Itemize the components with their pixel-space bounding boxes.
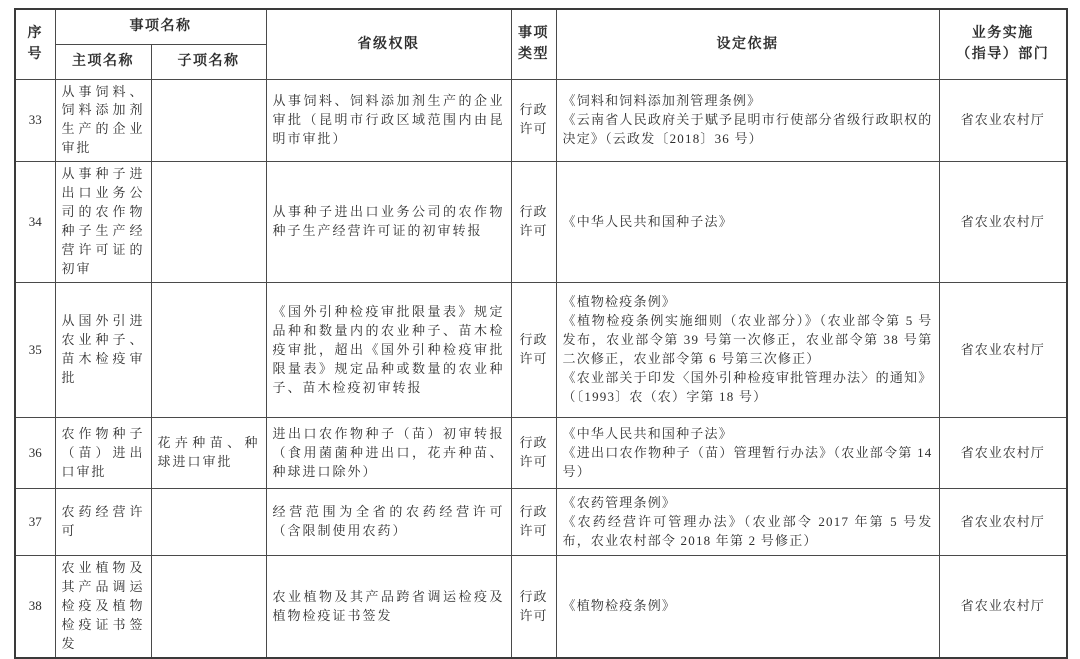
serial-cell: 35 xyxy=(15,283,55,418)
sub-item-cell xyxy=(151,79,266,162)
sub-item-cell xyxy=(151,556,266,658)
item-type-cell: 行政 许可 xyxy=(511,283,556,418)
main-item-cell: 农药经营许可 xyxy=(55,489,151,556)
serial-cell: 33 xyxy=(15,79,55,162)
provincial-authority-cell: 从事种子进出口业务公司的农作物种子生产经营许可证的初审转报 xyxy=(266,162,511,283)
department-cell: 省农业农村厅 xyxy=(939,79,1067,162)
department-cell: 省农业农村厅 xyxy=(939,283,1067,418)
header-sub-item: 子项名称 xyxy=(151,44,266,79)
provincial-authority-cell: 进出口农作物种子（苗）初审转报（食用菌菌种进出口，花卉种苗、种球进口除外） xyxy=(266,418,511,489)
main-item-cell: 从事饲料、饲料添加剂生产的企业审批 xyxy=(55,79,151,162)
basis-cell: 《中华人民共和国种子法》 《进出口农作物种子（苗）管理暂行办法》（农业部令第 1… xyxy=(556,418,939,489)
authority-matrix-table: 序 号 事项名称 省级权限 事项 类型 设定依据 业务实施 （指导）部门 主项名… xyxy=(14,8,1068,659)
main-item-cell: 农业植物及其产品调运检疫及植物检疫证书签发 xyxy=(55,556,151,658)
header-basis: 设定依据 xyxy=(556,9,939,79)
department-cell: 省农业农村厅 xyxy=(939,162,1067,283)
item-type-cell: 行政 许可 xyxy=(511,556,556,658)
department-cell: 省农业农村厅 xyxy=(939,556,1067,658)
table-row: 38 农业植物及其产品调运检疫及植物检疫证书签发 农业植物及其产品跨省调运检疫及… xyxy=(15,556,1067,658)
serial-cell: 37 xyxy=(15,489,55,556)
header-main-item: 主项名称 xyxy=(55,44,151,79)
main-item-cell: 农作物种子（苗）进出口审批 xyxy=(55,418,151,489)
table-row: 37 农药经营许可 经营范围为全省的农药经营许可（含限制使用农药） 行政 许可 … xyxy=(15,489,1067,556)
main-item-cell: 从国外引进农业种子、苗木检疫审批 xyxy=(55,283,151,418)
item-type-cell: 行政 许可 xyxy=(511,79,556,162)
header-provincial-authority: 省级权限 xyxy=(266,9,511,79)
table-body: 33 从事饲料、饲料添加剂生产的企业审批 从事饲料、饲料添加剂生产的企业审批（昆… xyxy=(15,79,1067,658)
header-row-top: 序 号 事项名称 省级权限 事项 类型 设定依据 业务实施 （指导）部门 xyxy=(15,9,1067,44)
sub-item-cell xyxy=(151,283,266,418)
basis-cell: 《农药管理条例》 《农药经营许可管理办法》（农业部令 2017 年第 5 号发布… xyxy=(556,489,939,556)
provincial-authority-cell: 从事饲料、饲料添加剂生产的企业审批（昆明市行政区域范围内由昆明市审批） xyxy=(266,79,511,162)
item-type-cell: 行政 许可 xyxy=(511,489,556,556)
provincial-authority-cell: 《国外引种检疫审批限量表》规定品种和数量内的农业种子、苗木检疫审批，超出《国外引… xyxy=(266,283,511,418)
serial-cell: 34 xyxy=(15,162,55,283)
table-row: 36 农作物种子（苗）进出口审批 花卉种苗、种球进口审批 进出口农作物种子（苗）… xyxy=(15,418,1067,489)
item-type-cell: 行政 许可 xyxy=(511,418,556,489)
header-department: 业务实施 （指导）部门 xyxy=(939,9,1067,79)
department-cell: 省农业农村厅 xyxy=(939,418,1067,489)
provincial-authority-cell: 经营范围为全省的农药经营许可（含限制使用农药） xyxy=(266,489,511,556)
header-serial: 序 号 xyxy=(15,9,55,79)
basis-cell: 《中华人民共和国种子法》 xyxy=(556,162,939,283)
basis-cell: 《饲料和饲料添加剂管理条例》 《云南省人民政府关于赋予昆明市行使部分省级行政职权… xyxy=(556,79,939,162)
department-cell: 省农业农村厅 xyxy=(939,489,1067,556)
sub-item-cell xyxy=(151,489,266,556)
header-item-type: 事项 类型 xyxy=(511,9,556,79)
header-item-name: 事项名称 xyxy=(55,9,266,44)
table-row: 33 从事饲料、饲料添加剂生产的企业审批 从事饲料、饲料添加剂生产的企业审批（昆… xyxy=(15,79,1067,162)
serial-cell: 38 xyxy=(15,556,55,658)
document-page: 序 号 事项名称 省级权限 事项 类型 设定依据 业务实施 （指导）部门 主项名… xyxy=(0,0,1080,642)
table-header: 序 号 事项名称 省级权限 事项 类型 设定依据 业务实施 （指导）部门 主项名… xyxy=(15,9,1067,79)
basis-cell: 《植物检疫条例》 xyxy=(556,556,939,658)
table-row: 35 从国外引进农业种子、苗木检疫审批 《国外引种检疫审批限量表》规定品种和数量… xyxy=(15,283,1067,418)
serial-cell: 36 xyxy=(15,418,55,489)
basis-cell: 《植物检疫条例》 《植物检疫条例实施细则（农业部分）》（农业部令第 5 号发布，… xyxy=(556,283,939,418)
provincial-authority-cell: 农业植物及其产品跨省调运检疫及植物检疫证书签发 xyxy=(266,556,511,658)
sub-item-cell xyxy=(151,162,266,283)
item-type-cell: 行政 许可 xyxy=(511,162,556,283)
main-item-cell: 从事种子进出口业务公司的农作物种子生产经营许可证的初审 xyxy=(55,162,151,283)
sub-item-cell: 花卉种苗、种球进口审批 xyxy=(151,418,266,489)
table-row: 34 从事种子进出口业务公司的农作物种子生产经营许可证的初审 从事种子进出口业务… xyxy=(15,162,1067,283)
